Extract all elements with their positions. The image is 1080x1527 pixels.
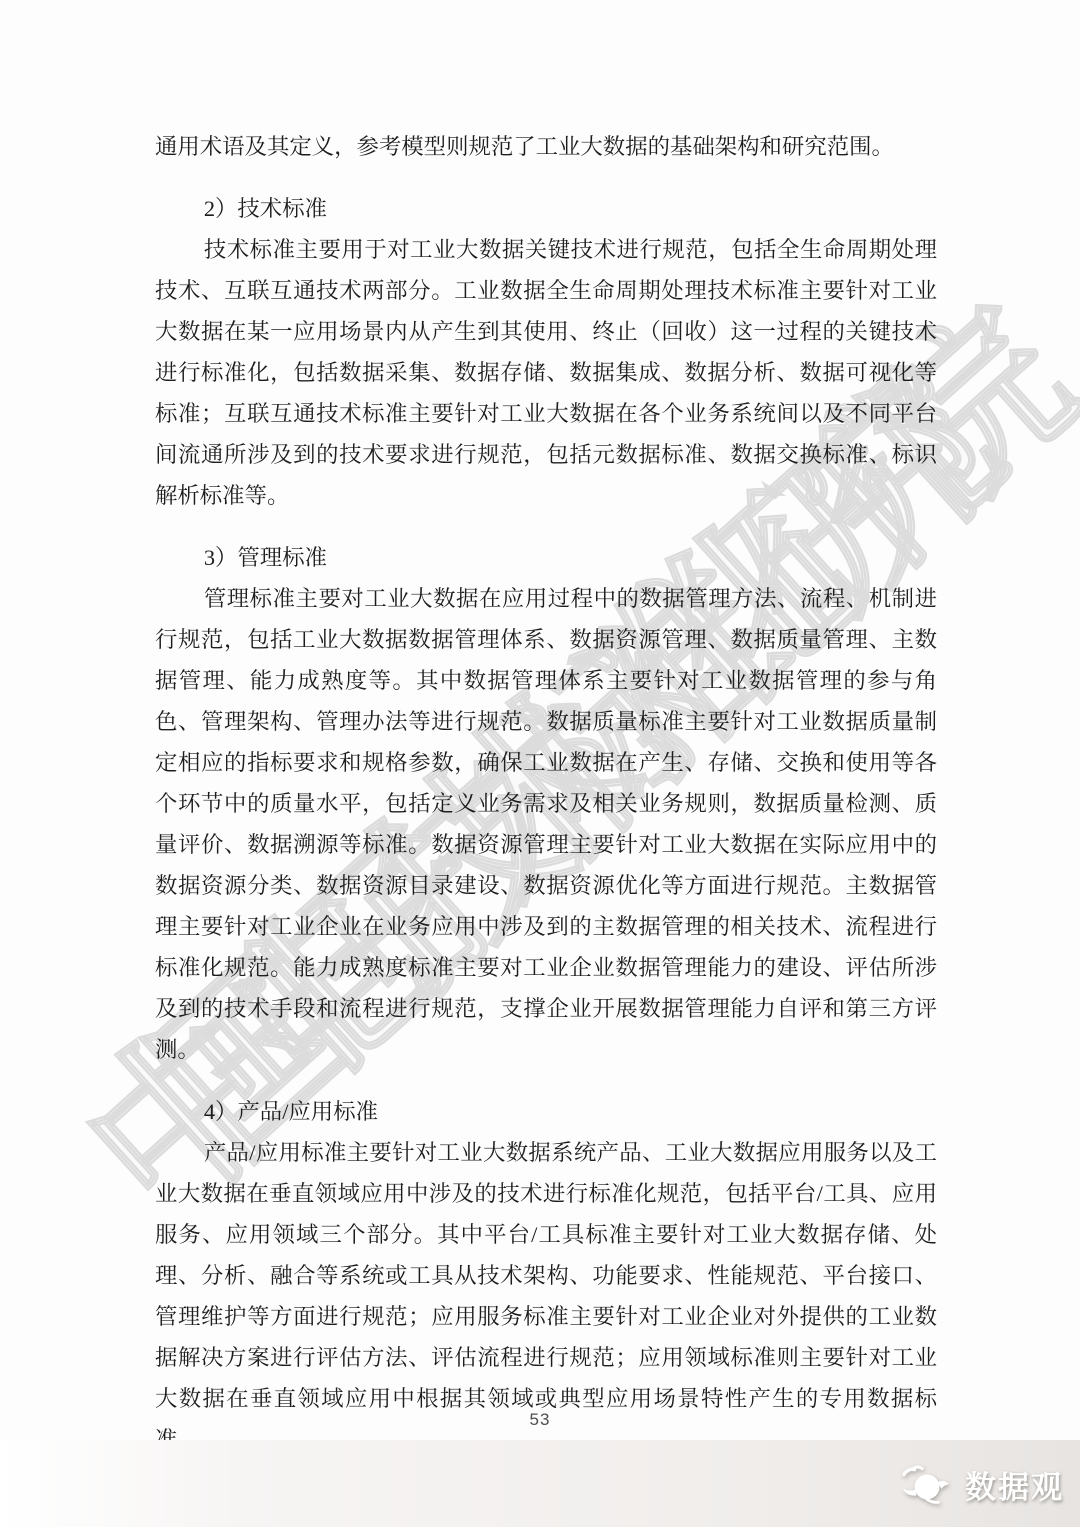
page-number: 53 <box>0 1410 1080 1430</box>
datanews-logo: 数据观 <box>898 1461 1064 1507</box>
paragraph-management: 管理标准主要对工业大数据在应用过程中的数据管理方法、流程、机制进行规范，包括工业… <box>155 578 937 1070</box>
paragraph-technical: 技术标准主要用于对工业大数据关键技术进行规范，包括全生命周期处理技术、互联互通技… <box>155 229 937 516</box>
section-heading-product-application: 4）产品/应用标准 <box>155 1091 937 1132</box>
brand-name: 数据观 <box>965 1462 1064 1507</box>
document-page: 中国电子技术标准化研究院 通用术语及其定义，参考模型则规范了工业大数据的基础架构… <box>0 0 1080 1527</box>
section-heading-management: 3）管理标准 <box>155 537 937 578</box>
document-body: 通用术语及其定义，参考模型则规范了工业大数据的基础架构和研究范围。 2）技术标准… <box>155 126 937 1460</box>
paragraph-intro: 通用术语及其定义，参考模型则规范了工业大数据的基础架构和研究范围。 <box>155 126 937 167</box>
datanews-bird-icon <box>898 1461 956 1507</box>
section-heading-technical: 2）技术标准 <box>155 188 937 229</box>
